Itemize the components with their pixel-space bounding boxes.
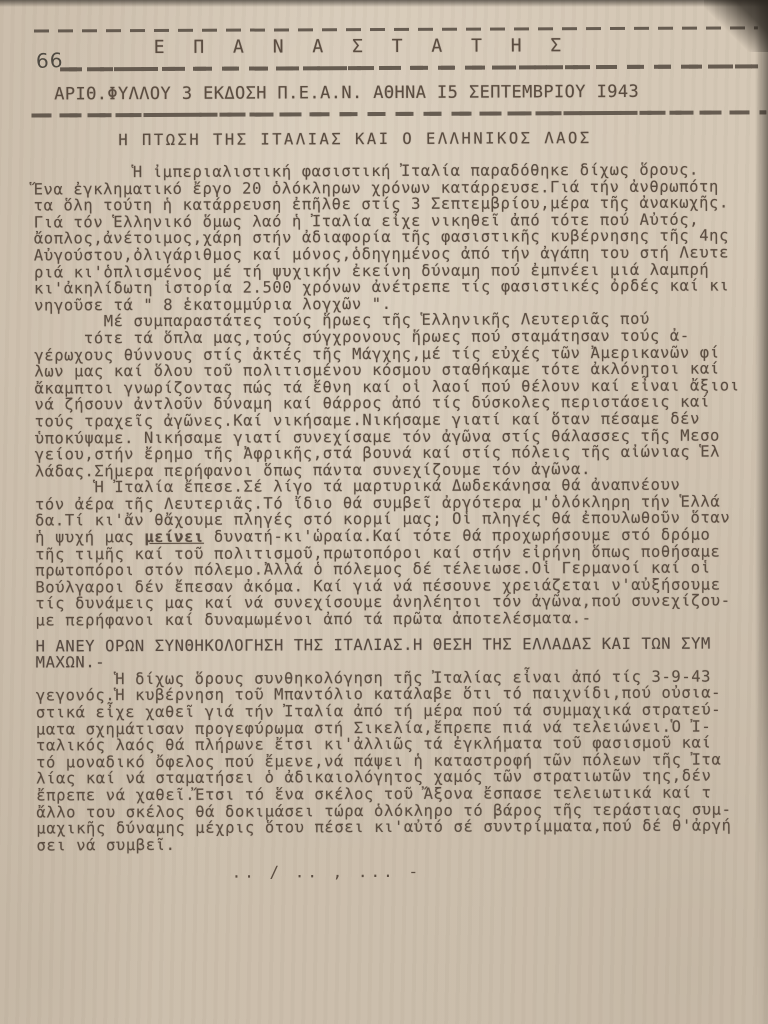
paragraph-4: Ἡ δίχως ὅρους συνθηκολόγηση τῆς Ἰταλίας … <box>36 668 752 854</box>
masthead-divider-line <box>60 64 758 71</box>
article-body: Ἡ ἰμπεριαλιστική φασιστική Ἰταλία παραδό… <box>33 161 751 853</box>
paragraph-3: Ἡ Ἰταλία ἔπεσε.Σέ λίγο τά μαρτυρικά Δωδε… <box>35 477 751 629</box>
newspaper-page: Ε Π Α Ν Α Σ Τ Α Τ Η Σ 66 ΑΡΙΘ.ΦΥΛΛΟΥ 3 Ε… <box>0 0 768 1024</box>
footer-typed-marks: .. / .. , ... - <box>232 862 422 882</box>
overstruck-word: μείνει <box>144 528 204 546</box>
top-divider-line <box>34 26 758 32</box>
document-photo: Ε Π Α Ν Α Σ Τ Α Τ Η Σ 66 ΑΡΙΘ.ΦΥΛΛΟΥ 3 Ε… <box>0 0 768 1024</box>
issue-info-line: ΑΡΙΘ.ΦΥΛΛΟΥ 3 ΕΚΔΟΣΗ Π.Ε.Α.Ν. ΑΘΗΝΑ Ι5 Σ… <box>54 82 639 105</box>
typeset-content: Ε Π Α Ν Α Σ Τ Α Τ Η Σ 66 ΑΡΙΘ.ΦΥΛΛΟΥ 3 Ε… <box>0 0 768 1024</box>
header-bottom-divider-line <box>31 110 766 117</box>
section-heading: Η ΑΝΕΥ ΟΡΩΝ ΣΥΝΘΗΚΟΛΟΓΗΣΗ ΤΗΣ ΙΤΑΛΙΑΣ.Η … <box>36 635 751 671</box>
article-title: Η ΠΤΩΣΗ ΤΗΣ ΙΤΑΛΙΑΣ ΚΑΙ Ο ΕΛΛΗΝΙΚΟΣ ΛΑΟΣ <box>118 129 591 149</box>
masthead-title: Ε Π Α Ν Α Σ Τ Α Τ Η Σ <box>0 35 726 59</box>
paragraph-2: Μέ συμπαραστάτες τούς ἥρωες τῆς Ἑλληνικῆ… <box>34 311 750 480</box>
paragraph-1: Ἡ ἰμπεριαλιστική φασιστική Ἰταλία παραδό… <box>33 161 749 313</box>
